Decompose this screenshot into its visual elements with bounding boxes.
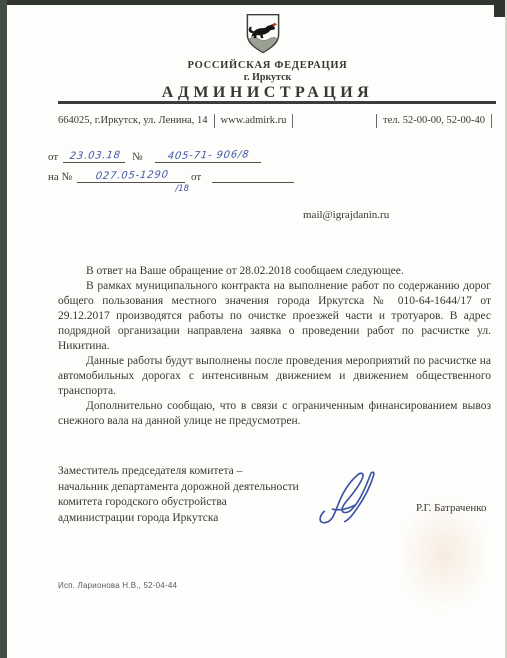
reply-date-label: от — [191, 171, 201, 183]
scan-smudge — [399, 500, 489, 610]
separator — [292, 114, 293, 128]
website: www.admirk.ru — [221, 115, 287, 126]
letter-body: В ответ на Ваше обращение от 28.02.2018 … — [58, 264, 491, 429]
date-blank: 23.03.18 — [63, 150, 125, 163]
handwritten-date: 23.03.18 — [69, 150, 121, 162]
irkutsk-coat-of-arms-icon — [240, 13, 286, 60]
scanned-letter-page: РОССИЙСКАЯ ФЕДЕРАЦИЯ г. Иркутск АДМИНИСТ… — [0, 0, 507, 658]
signer-title-line: начальник департамента дорожной деятельн… — [58, 480, 299, 496]
signer-title-line: администрации города Иркутска — [58, 511, 299, 527]
scan-border-left — [0, 0, 7, 658]
incoming-reference-row: на № 027.05-1290 /18 от — [48, 166, 294, 183]
outgoing-reference-row: от 23.03.18 № 405-71- 906/8 — [48, 146, 261, 163]
signature-scribble — [312, 466, 388, 543]
separator — [491, 114, 492, 128]
executor-note: Исп. Ларионова Н.В., 52-04-44 — [58, 581, 177, 590]
number-label: № — [132, 151, 143, 163]
reply-number-blank: 027.05-1290 /18 — [77, 170, 185, 183]
paragraph: В ответ на Ваше обращение от 28.02.2018 … — [58, 264, 491, 279]
handwritten-number: 405-71- 906/8 — [167, 149, 250, 162]
scan-border-top — [0, 0, 507, 5]
organization-title: АДМИНИСТРАЦИЯ — [40, 84, 495, 102]
signer-title-line: комитета городского обустройства — [58, 495, 299, 511]
contact-row: 664025, г.Иркутск, ул. Ленина, 14 www.ad… — [58, 112, 498, 129]
reply-date-blank — [212, 182, 294, 183]
reply-label: на № — [48, 171, 72, 183]
paragraph: Дополнительно сообщаю, что в связи с огр… — [58, 399, 491, 429]
recipient-email: mail@igrajdanin.ru — [303, 209, 389, 221]
paragraph: В рамках муниципального контракта на вып… — [58, 279, 491, 354]
separator — [376, 114, 377, 128]
phone-numbers: тел. 52-00-00, 52-00-40 — [383, 115, 485, 126]
city-line: г. Иркутск — [40, 72, 495, 83]
signer-title-line: Заместитель председателя комитета – — [58, 464, 299, 480]
separator — [214, 114, 215, 128]
number-blank: 405-71- 906/8 — [155, 150, 261, 163]
handwritten-reply-suffix: /18 — [175, 184, 189, 194]
country-line: РОССИЙСКАЯ ФЕДЕРАЦИЯ — [40, 60, 495, 71]
postal-address: 664025, г.Иркутск, ул. Ленина, 14 — [58, 115, 208, 126]
signer-title: Заместитель председателя комитета – нача… — [58, 464, 299, 526]
handwritten-reply-number: 027.05-1290 — [95, 169, 169, 182]
signer-name: Р.Г. Батраченко — [416, 502, 487, 514]
date-label: от — [48, 151, 58, 163]
letterhead-rule — [58, 101, 496, 104]
paragraph: Данные работы будут выполнены после пров… — [58, 354, 491, 399]
